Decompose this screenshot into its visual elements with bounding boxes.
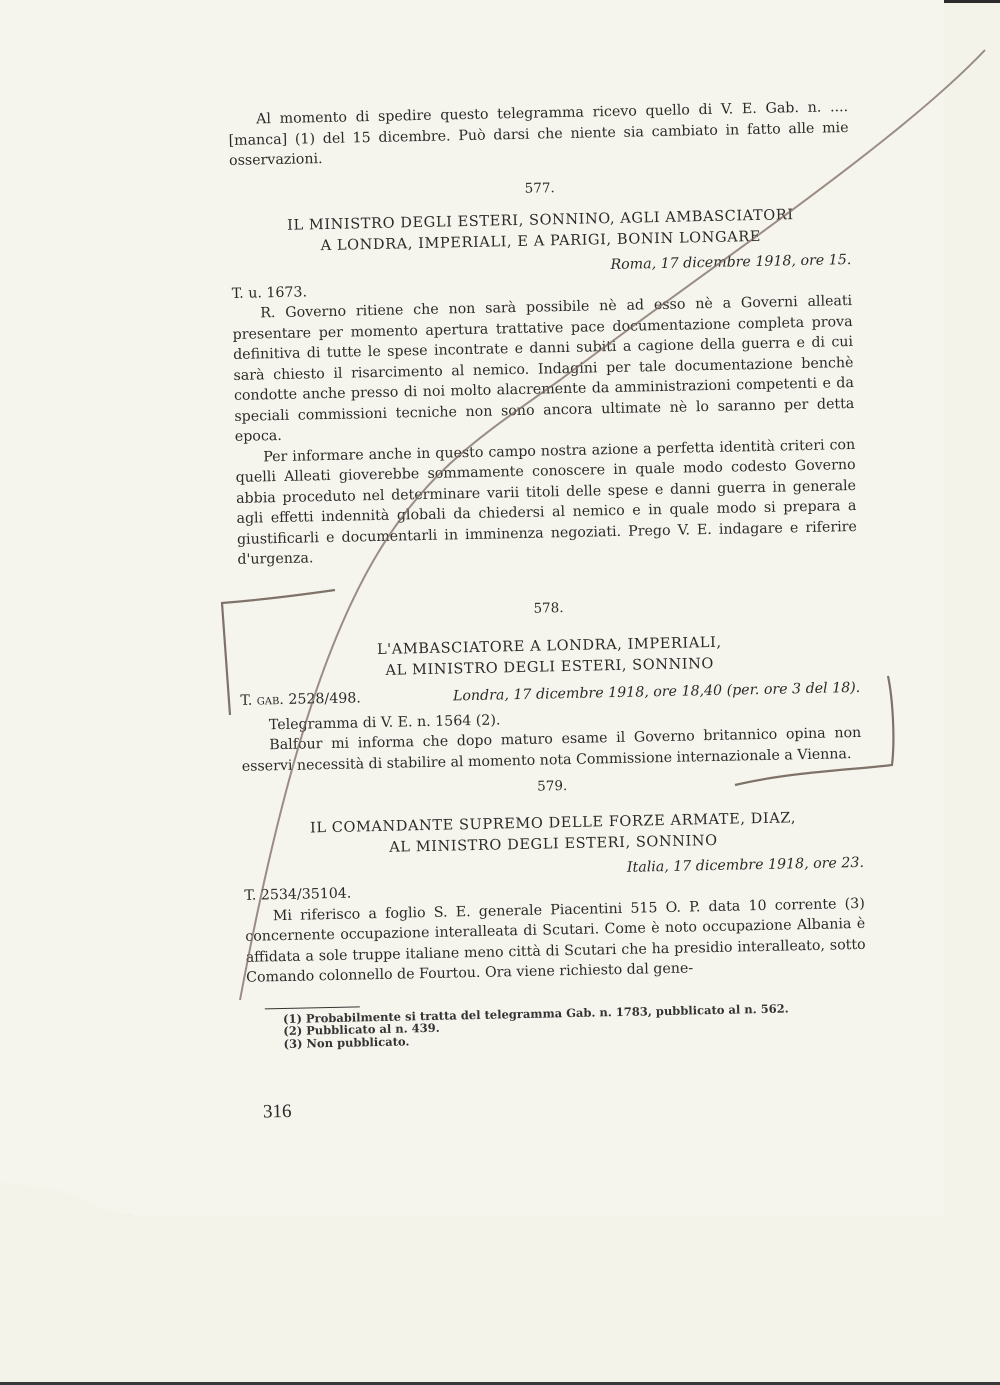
document-number: 578. xyxy=(238,591,858,624)
document-heading: IL COMANDANTE SUPREMO DELLE FORZE ARMATE… xyxy=(243,806,864,861)
document-579: 579. IL COMANDANTE SUPREMO DELLE FORZE A… xyxy=(242,770,866,988)
document-577: 577. IL MINISTRO DEGLI ESTERI, SONNINO, … xyxy=(230,171,858,570)
telegram-reference: T. gab. 2528/498. xyxy=(240,688,361,711)
ref-prefix: T. xyxy=(240,693,252,709)
book-page: Al momento di spedire questo telegramma … xyxy=(228,97,869,1123)
ref-number: 2528/498. xyxy=(288,690,361,708)
document-number: 577. xyxy=(230,171,850,204)
footnotes: (1) Probabilmente si tratta del telegram… xyxy=(283,1000,868,1050)
place-date: Londra, 17 dicembre 1918, ore 18,40 (per… xyxy=(453,678,861,707)
footnote-separator xyxy=(265,1006,360,1009)
ref-gab: gab. xyxy=(257,692,284,709)
body-paragraph: Per informare anche in questo campo nost… xyxy=(235,434,857,570)
body-paragraph: R. Governo ritiene che non sarà possibil… xyxy=(232,291,855,447)
body-paragraph: Mi riferisco a foglio S. E. generale Pia… xyxy=(245,893,867,988)
document-heading: IL MINISTRO DEGLI ESTERI, SONNINO, AGLI … xyxy=(230,204,851,259)
intro-paragraph: Al momento di spedire questo telegramma … xyxy=(228,97,849,171)
document-578: 578. L'AMBASCIATORE A LONDRA, IMPERIALI,… xyxy=(238,591,861,776)
document-heading: L'AMBASCIATORE A LONDRA, IMPERIALI, AL M… xyxy=(239,630,860,685)
